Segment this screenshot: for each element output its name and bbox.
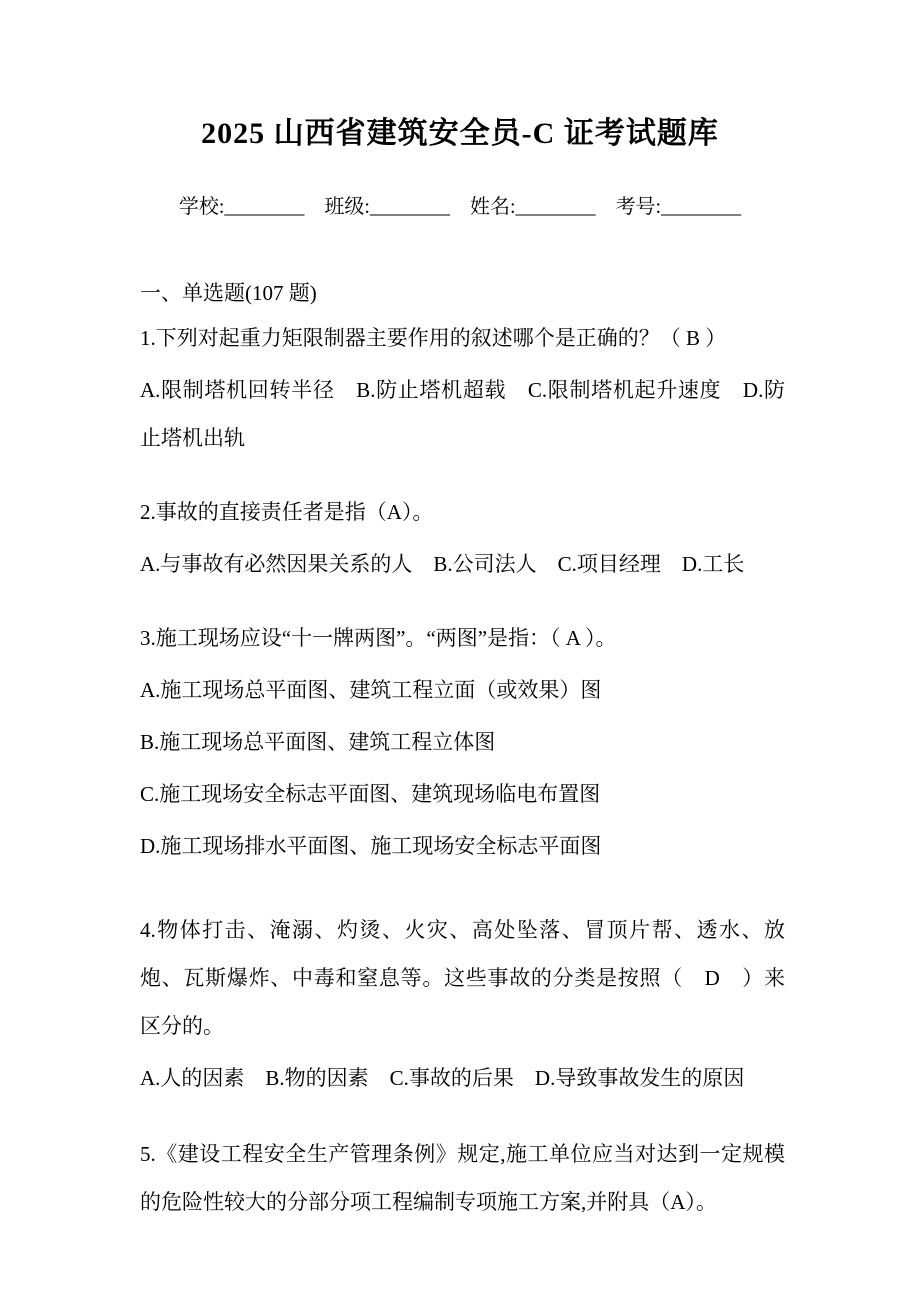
section-heading: 一、单选题(107 题) [140,272,785,314]
exam-document-page: 2025 山西省建筑安全员-C 证考试题库 学校:________班级:____… [0,0,920,1302]
document-body: 一、单选题(107 题) 1.下列对起重力矩限制器主要作用的叙述哪个是正确的？（… [140,272,785,1226]
question-3: 3.施工现场应设“十一牌两图”。“两图”是指：（ A ）。 A.施工现场总平面图… [140,614,785,870]
question-4-text: 4.物体打击、淹溺、灼烫、火灾、高处坠落、冒顶片帮、透水、放炮、瓦斯爆炸、中毒和… [140,906,785,1050]
question-1-options: A.限制塔机回转半径 B.防止塔机超载 C.限制塔机起升速度 D.防止塔机出轨 [140,366,785,462]
question-3-option-a: A.施工现场总平面图、建筑工程立面（或效果）图 [140,666,785,714]
question-2-text: 2.事故的直接责任者是指（A）。 [140,488,785,536]
question-2-options: A.与事故有必然因果关系的人 B.公司法人 C.项目经理 D.工长 [140,540,785,588]
question-1: 1.下列对起重力矩限制器主要作用的叙述哪个是正确的？（ B ） A.限制塔机回转… [140,314,785,462]
question-3-option-c: C.施工现场安全标志平面图、建筑现场临电布置图 [140,770,785,818]
question-3-text: 3.施工现场应设“十一牌两图”。“两图”是指：（ A ）。 [140,614,785,662]
name-field: 姓名:________ [470,196,596,218]
exam-number-field: 考号:________ [616,196,742,218]
question-4: 4.物体打击、淹溺、灼烫、火灾、高处坠落、冒顶片帮、透水、放炮、瓦斯爆炸、中毒和… [140,906,785,1102]
school-field: 学校:________ [179,196,305,218]
question-3-option-d: D.施工现场排水平面图、施工现场安全标志平面图 [140,822,785,870]
question-4-options: A.人的因素 B.物的因素 C.事故的后果 D.导致事故发生的原因 [140,1054,785,1102]
class-field: 班级:________ [324,196,450,218]
question-1-text: 1.下列对起重力矩限制器主要作用的叙述哪个是正确的？（ B ） [140,314,785,362]
question-2: 2.事故的直接责任者是指（A）。 A.与事故有必然因果关系的人 B.公司法人 C… [140,488,785,588]
document-title: 2025 山西省建筑安全员-C 证考试题库 [0,0,920,156]
question-5-text: 5.《建设工程安全生产管理条例》规定,施工单位应当对达到一定规模的危险性较大的分… [140,1130,785,1226]
question-5: 5.《建设工程安全生产管理条例》规定,施工单位应当对达到一定规模的危险性较大的分… [140,1130,785,1226]
question-3-option-b: B.施工现场总平面图、建筑工程立体图 [140,718,785,766]
student-info-line: 学校:________班级:________姓名:________考号:____… [0,194,920,220]
